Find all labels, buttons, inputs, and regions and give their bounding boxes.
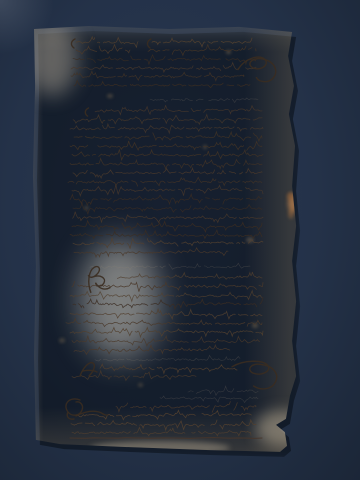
foxing-spot — [252, 323, 258, 328]
foxing-spot — [59, 338, 65, 343]
foxing-spot — [226, 50, 231, 54]
foxing-spot — [246, 237, 254, 243]
foxing-spot — [203, 145, 207, 149]
manuscript-page — [30, 26, 298, 454]
photo-backdrop — [0, 0, 360, 480]
foxing-spot — [138, 383, 143, 387]
edge-chip-stain-3 — [288, 209, 294, 219]
foxing-spot — [107, 94, 113, 98]
center-light-mottle — [80, 240, 160, 360]
edge-chip-stain-2 — [287, 192, 293, 200]
foxing-spot — [84, 206, 89, 210]
paper-edge-shading — [30, 26, 298, 454]
